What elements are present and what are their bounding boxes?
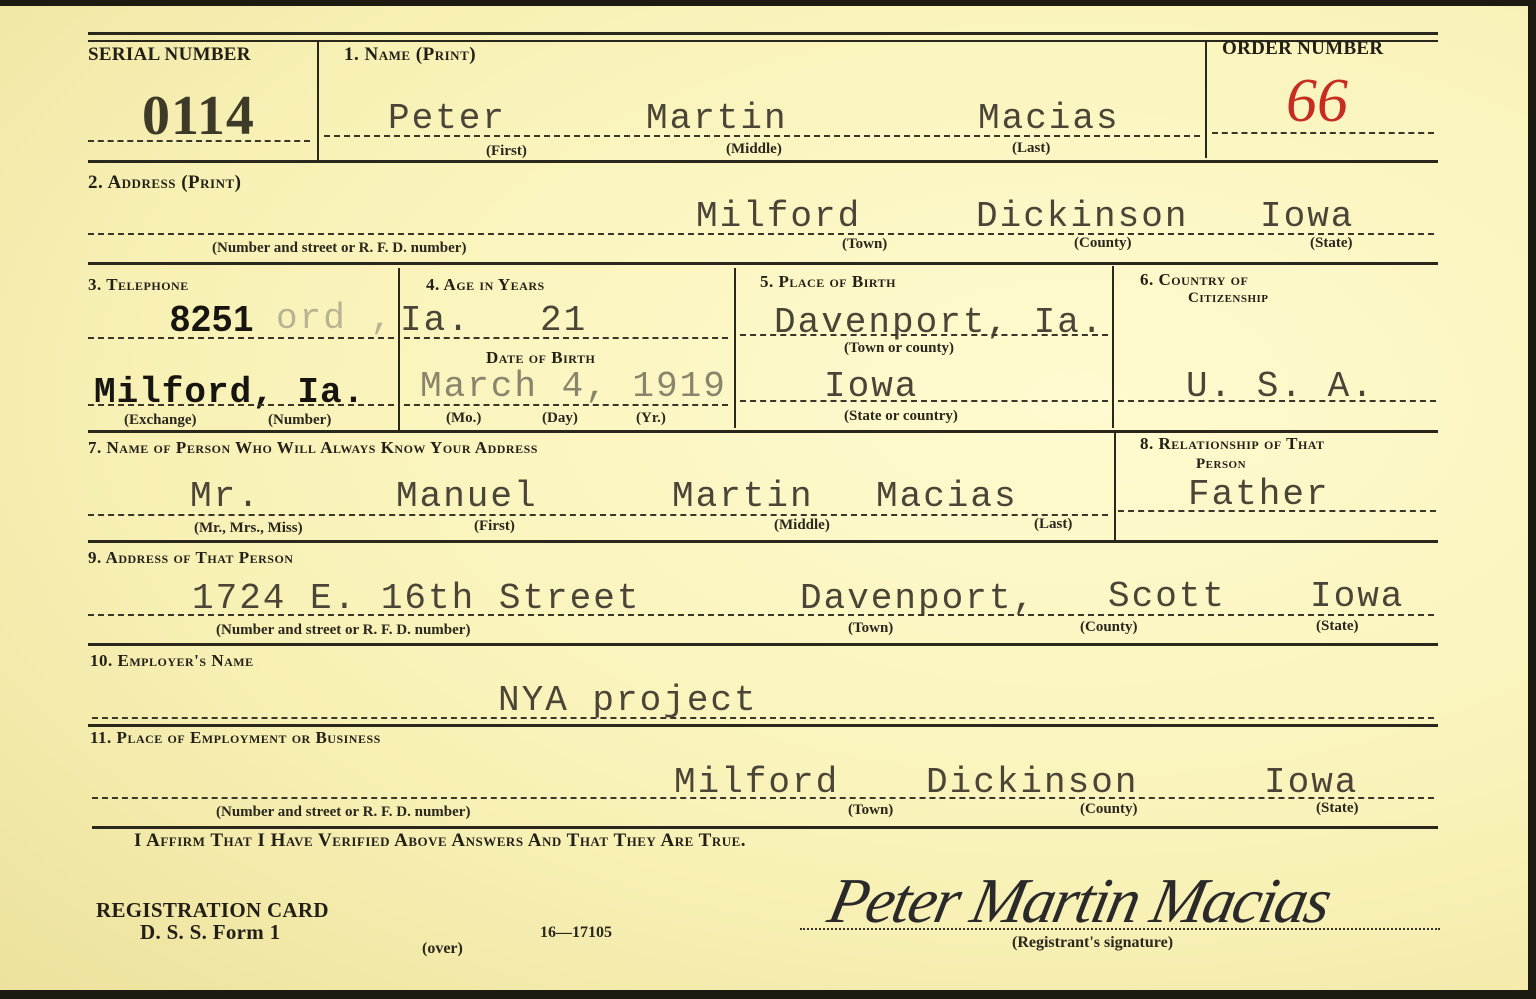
row5-rule	[88, 643, 1438, 646]
employer-value: NYA project	[498, 680, 758, 721]
name-first: Peter	[388, 98, 506, 139]
employment-place-label: 11. Place of Employment or Business	[90, 728, 381, 748]
contact-title-sub: (Mr., Mrs., Miss)	[194, 520, 303, 537]
relationship-value: Father	[1188, 474, 1330, 515]
contact-dash	[88, 514, 1108, 516]
contact-address-state: Iowa	[1310, 576, 1404, 617]
employment-state-sub: (State)	[1316, 800, 1358, 817]
tel-divider	[398, 268, 400, 430]
name-middle: Martin	[646, 98, 788, 139]
age-dash	[404, 337, 728, 339]
citizenship-label-2: Citizenship	[1188, 290, 1269, 307]
telephone-number-sub: (Number)	[268, 412, 331, 429]
employer-dash	[92, 717, 1434, 719]
order-number-value: 66	[1286, 66, 1348, 137]
place-of-birth-town: Davenport, Ia.	[774, 302, 1104, 343]
name-first-sub: (First)	[486, 143, 527, 160]
telephone-overtype: ord ,	[276, 298, 394, 339]
address-state-sub: (State)	[1310, 235, 1352, 252]
address-dash	[88, 233, 1434, 235]
registration-card: SERIAL NUMBER 0114 1. Name (Print) Peter…	[0, 0, 1536, 999]
row7-rule	[92, 826, 1438, 829]
relationship-label-2: Person	[1196, 456, 1246, 473]
telephone-dash	[88, 337, 394, 339]
dob-dash	[404, 404, 728, 406]
telephone-number: 8251	[170, 298, 254, 340]
address-county: Dickinson	[976, 196, 1188, 237]
contact-person-label: 7. Name of Person Who Will Always Know Y…	[88, 438, 538, 458]
contact-middle-sub: (Middle)	[774, 517, 830, 534]
serial-number-value: 0114	[142, 84, 255, 148]
contact-divider	[1114, 432, 1116, 540]
name-last-sub: (Last)	[1012, 140, 1050, 157]
contact-address-county-sub: (County)	[1080, 619, 1138, 636]
contact-address-state-sub: (State)	[1316, 618, 1358, 635]
footer-form: D. S. S. Form 1	[140, 920, 280, 945]
signature-dash	[800, 928, 1440, 930]
footer-over: (over)	[422, 940, 463, 958]
address-street-sub: (Number and street or R. F. D. number)	[212, 240, 466, 257]
citizenship-dash	[1118, 400, 1436, 402]
dob-label: Date of Birth	[486, 348, 595, 368]
citizenship-label-1: 6. Country of	[1140, 270, 1248, 290]
telephone-label: 3. Telephone	[88, 275, 189, 295]
order-divider	[1205, 40, 1207, 158]
scan-edge-right	[1528, 0, 1536, 999]
dob-mo-sub: (Mo.)	[446, 410, 481, 427]
employment-county-sub: (County)	[1080, 801, 1138, 818]
employment-town-sub: (Town)	[848, 802, 893, 819]
signature-sub: (Registrant's signature)	[1012, 934, 1173, 952]
contact-address-county: Scott	[1108, 576, 1226, 617]
age-value: 21	[540, 300, 587, 341]
employment-street-sub: (Number and street or R. F. D. number)	[216, 804, 470, 821]
address-state: Iowa	[1260, 196, 1354, 237]
dob-day-sub: (Day)	[542, 410, 578, 427]
contact-address-dash	[88, 614, 1434, 616]
order-number-label: ORDER NUMBER	[1222, 38, 1383, 60]
name-label: 1. Name (Print)	[344, 44, 476, 66]
telephone-exchange: Milford, Ia.	[94, 372, 365, 413]
name-dash	[324, 135, 1200, 137]
place-of-birth-label: 5. Place of Birth	[760, 272, 896, 292]
row6-rule	[88, 724, 1438, 727]
contact-last: Macias	[876, 476, 1018, 517]
contact-address-street: 1724 E. 16th Street	[192, 578, 640, 619]
age-divider	[734, 268, 736, 428]
affirmation-text: I Affirm That I Have Verified Above Answ…	[134, 830, 746, 852]
scan-edge-bottom	[0, 990, 1536, 999]
address-town-sub: (Town)	[842, 236, 887, 253]
dob-value: March 4, 1919	[420, 366, 727, 407]
row3-rule	[88, 430, 1438, 433]
scan-edge-top	[0, 0, 1536, 6]
top-rule	[88, 32, 1438, 35]
name-last: Macias	[978, 98, 1120, 139]
contact-middle: Martin	[672, 476, 814, 517]
relationship-label-1: 8. Relationship of That	[1140, 434, 1325, 454]
name-middle-sub: (Middle)	[726, 141, 782, 158]
address-town: Milford	[696, 196, 861, 237]
dob-yr-sub: (Yr.)	[636, 410, 666, 427]
relationship-dash	[1118, 510, 1436, 512]
serial-dash	[88, 140, 310, 142]
address-label: 2. Address (Print)	[88, 172, 242, 194]
contact-last-sub: (Last)	[1034, 516, 1072, 533]
address-county-sub: (County)	[1074, 235, 1132, 252]
row1-rule	[88, 160, 1438, 163]
pob-town-dash	[740, 334, 1108, 336]
contact-address-town: Davenport,	[800, 578, 1036, 619]
exchange-dash	[88, 404, 394, 406]
telephone-exchange-sub: (Exchange)	[124, 412, 197, 429]
pob-state-dash	[740, 400, 1108, 402]
employer-label: 10. Employer's Name	[90, 651, 254, 671]
row4-rule	[88, 540, 1438, 543]
contact-address-street-sub: (Number and street or R. F. D. number)	[216, 622, 470, 639]
row2-rule	[88, 262, 1438, 265]
order-dash	[1212, 132, 1434, 134]
contact-address-town-sub: (Town)	[848, 620, 893, 637]
contact-title: Mr.	[190, 476, 261, 517]
place-of-birth-state-sub: (State or country)	[844, 408, 958, 425]
place-of-birth-town-sub: (Town or county)	[844, 340, 954, 357]
registrant-signature: Peter Martin Macias	[822, 864, 1337, 938]
serial-number-label: SERIAL NUMBER	[88, 44, 251, 66]
contact-first: Manuel	[396, 476, 538, 517]
age-label: 4. Age in Years	[426, 275, 545, 295]
contact-first-sub: (First)	[474, 518, 515, 535]
age-prefix: Ia.	[400, 300, 471, 341]
employment-dash	[92, 797, 1434, 799]
contact-address-label: 9. Address of That Person	[88, 548, 293, 568]
footer-code: 16—17105	[540, 924, 612, 942]
serial-divider	[317, 42, 319, 162]
pob-divider	[1112, 266, 1114, 428]
